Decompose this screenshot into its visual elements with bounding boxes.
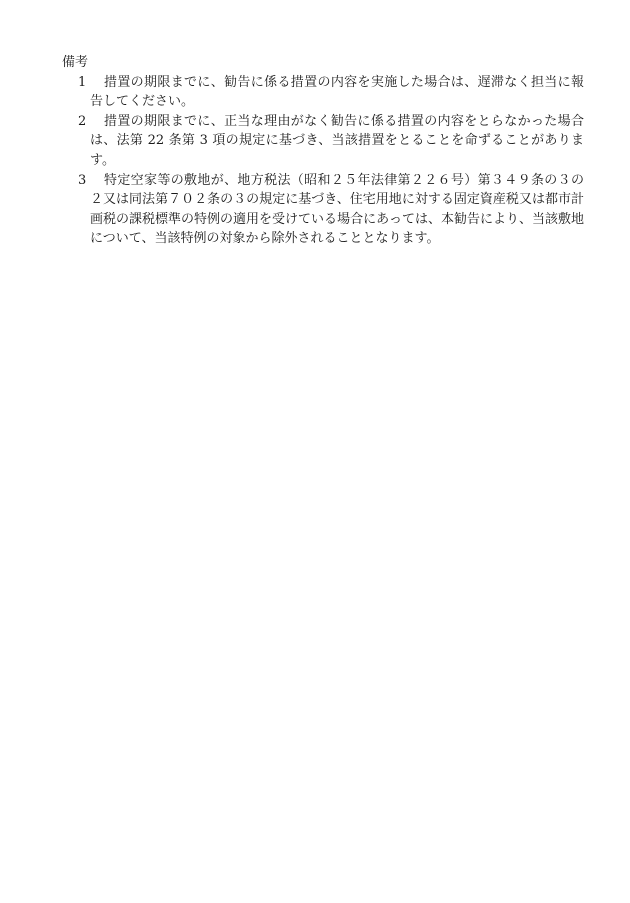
remarks-list: 1 措置の期限までに、勧告に係る措置の内容を実施した場合は、遅滞なく担当に報告し… [62, 73, 584, 249]
remarks-section: 備考 1 措置の期限までに、勧告に係る措置の内容を実施した場合は、遅滞なく担当に… [62, 53, 584, 249]
remarks-heading: 備考 [62, 53, 584, 73]
remark-item-1: 1 措置の期限までに、勧告に係る措置の内容を実施した場合は、遅滞なく担当に報告し… [62, 73, 584, 112]
remark-number: 1 [78, 73, 86, 93]
remark-item-3: 3 特定空家等の敷地が、地方税法（昭和２５年法律第２２６号）第３４９条の３の２又… [62, 171, 584, 249]
remark-text: 特定空家等の敷地が、地方税法（昭和２５年法律第２２６号）第３４９条の３の２又は同… [90, 171, 584, 249]
remark-number: 2 [78, 112, 86, 132]
remark-item-2: 2 措置の期限までに、正当な理由がなく勧告に係る措置の内容をとらなかった場合は、… [62, 112, 584, 171]
remark-text: 措置の期限までに、勧告に係る措置の内容を実施した場合は、遅滞なく担当に報告してく… [90, 73, 584, 112]
remark-number: 3 [78, 171, 86, 191]
remark-text: 措置の期限までに、正当な理由がなく勧告に係る措置の内容をとらなかった場合は、法第… [90, 112, 584, 171]
